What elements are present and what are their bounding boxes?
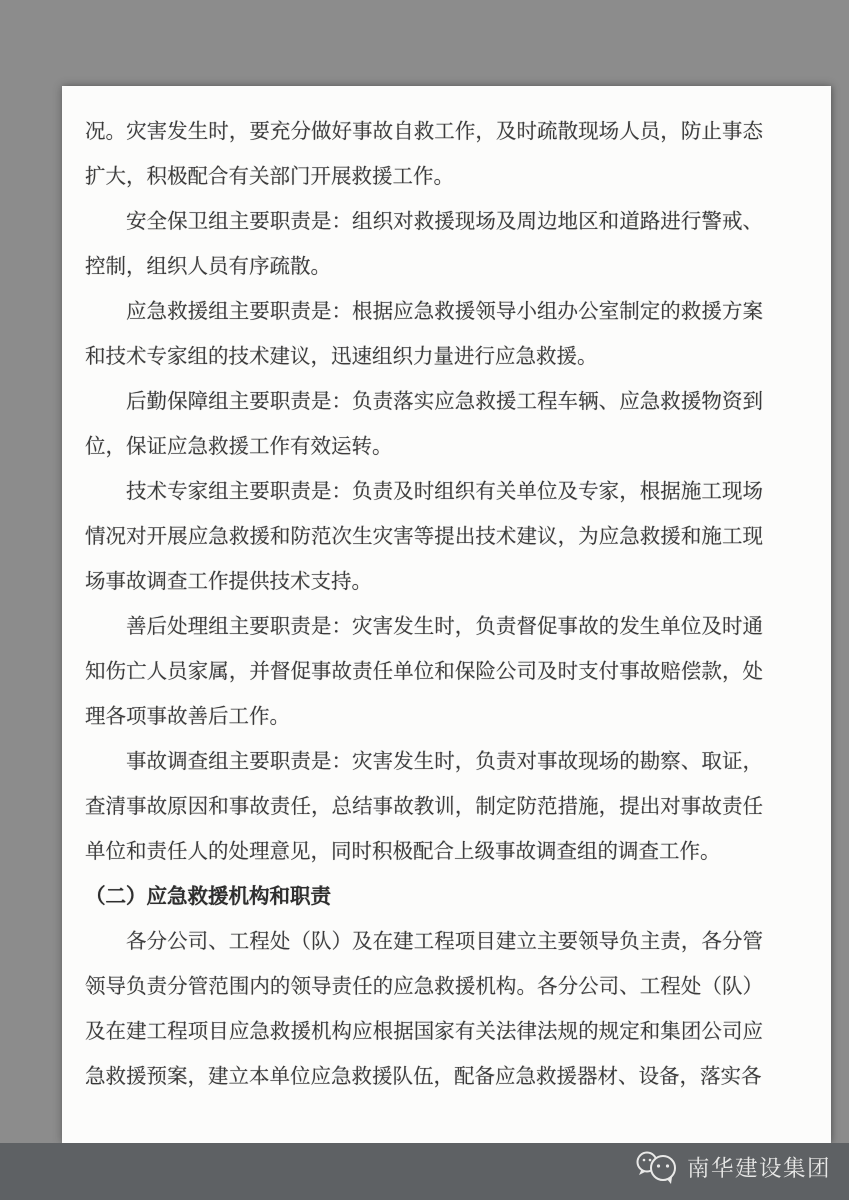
- document-body: 况。灾害发生时，要充分做好事故自救工作，及时疏散现场人员，防止事态扩大，积极配合…: [62, 86, 831, 1100]
- paragraph: 应急救援组主要职责是：根据应急救援领导小组办公室制定的救援方案和技术专家组的技术…: [85, 290, 763, 380]
- paragraph: 技术专家组主要职责是：负责及时组织有关单位及专家，根据施工现场情况对开展应急救援…: [85, 470, 763, 605]
- document-page: 况。灾害发生时，要充分做好事故自救工作，及时疏散现场人员，防止事态扩大，积极配合…: [62, 86, 831, 1143]
- brand-name: 南华建设集团: [687, 1151, 831, 1183]
- section-heading: （二）应急救援机构和职责: [85, 875, 763, 920]
- paragraph: 安全保卫组主要职责是：组织对救援现场及周边地区和道路进行警戒、控制，组织人员有序…: [85, 200, 763, 290]
- brand-watermark: 南华建设集团: [634, 1149, 831, 1185]
- scanned-document-screenshot: 况。灾害发生时，要充分做好事故自救工作，及时疏散现场人员，防止事态扩大，积极配合…: [0, 0, 849, 1200]
- footer-bar: 南华建设集团: [0, 1143, 849, 1200]
- wechat-bubbles-icon: [634, 1149, 680, 1185]
- paragraph: 善后处理组主要职责是：灾害发生时，负责督促事故的发生单位及时通知伤亡人员家属，并…: [85, 605, 763, 740]
- paragraph: 事故调查组主要职责是：灾害发生时，负责对事故现场的勘察、取证，查清事故原因和事故…: [85, 740, 763, 875]
- paragraph: 况。灾害发生时，要充分做好事故自救工作，及时疏散现场人员，防止事态扩大，积极配合…: [85, 110, 763, 200]
- paragraph: 后勤保障组主要职责是：负责落实应急救援工程车辆、应急救援物资到位，保证应急救援工…: [85, 380, 763, 470]
- paragraph: 各分公司、工程处（队）及在建工程项目建立主要领导负主责，各分管领导负责分管范围内…: [85, 920, 763, 1100]
